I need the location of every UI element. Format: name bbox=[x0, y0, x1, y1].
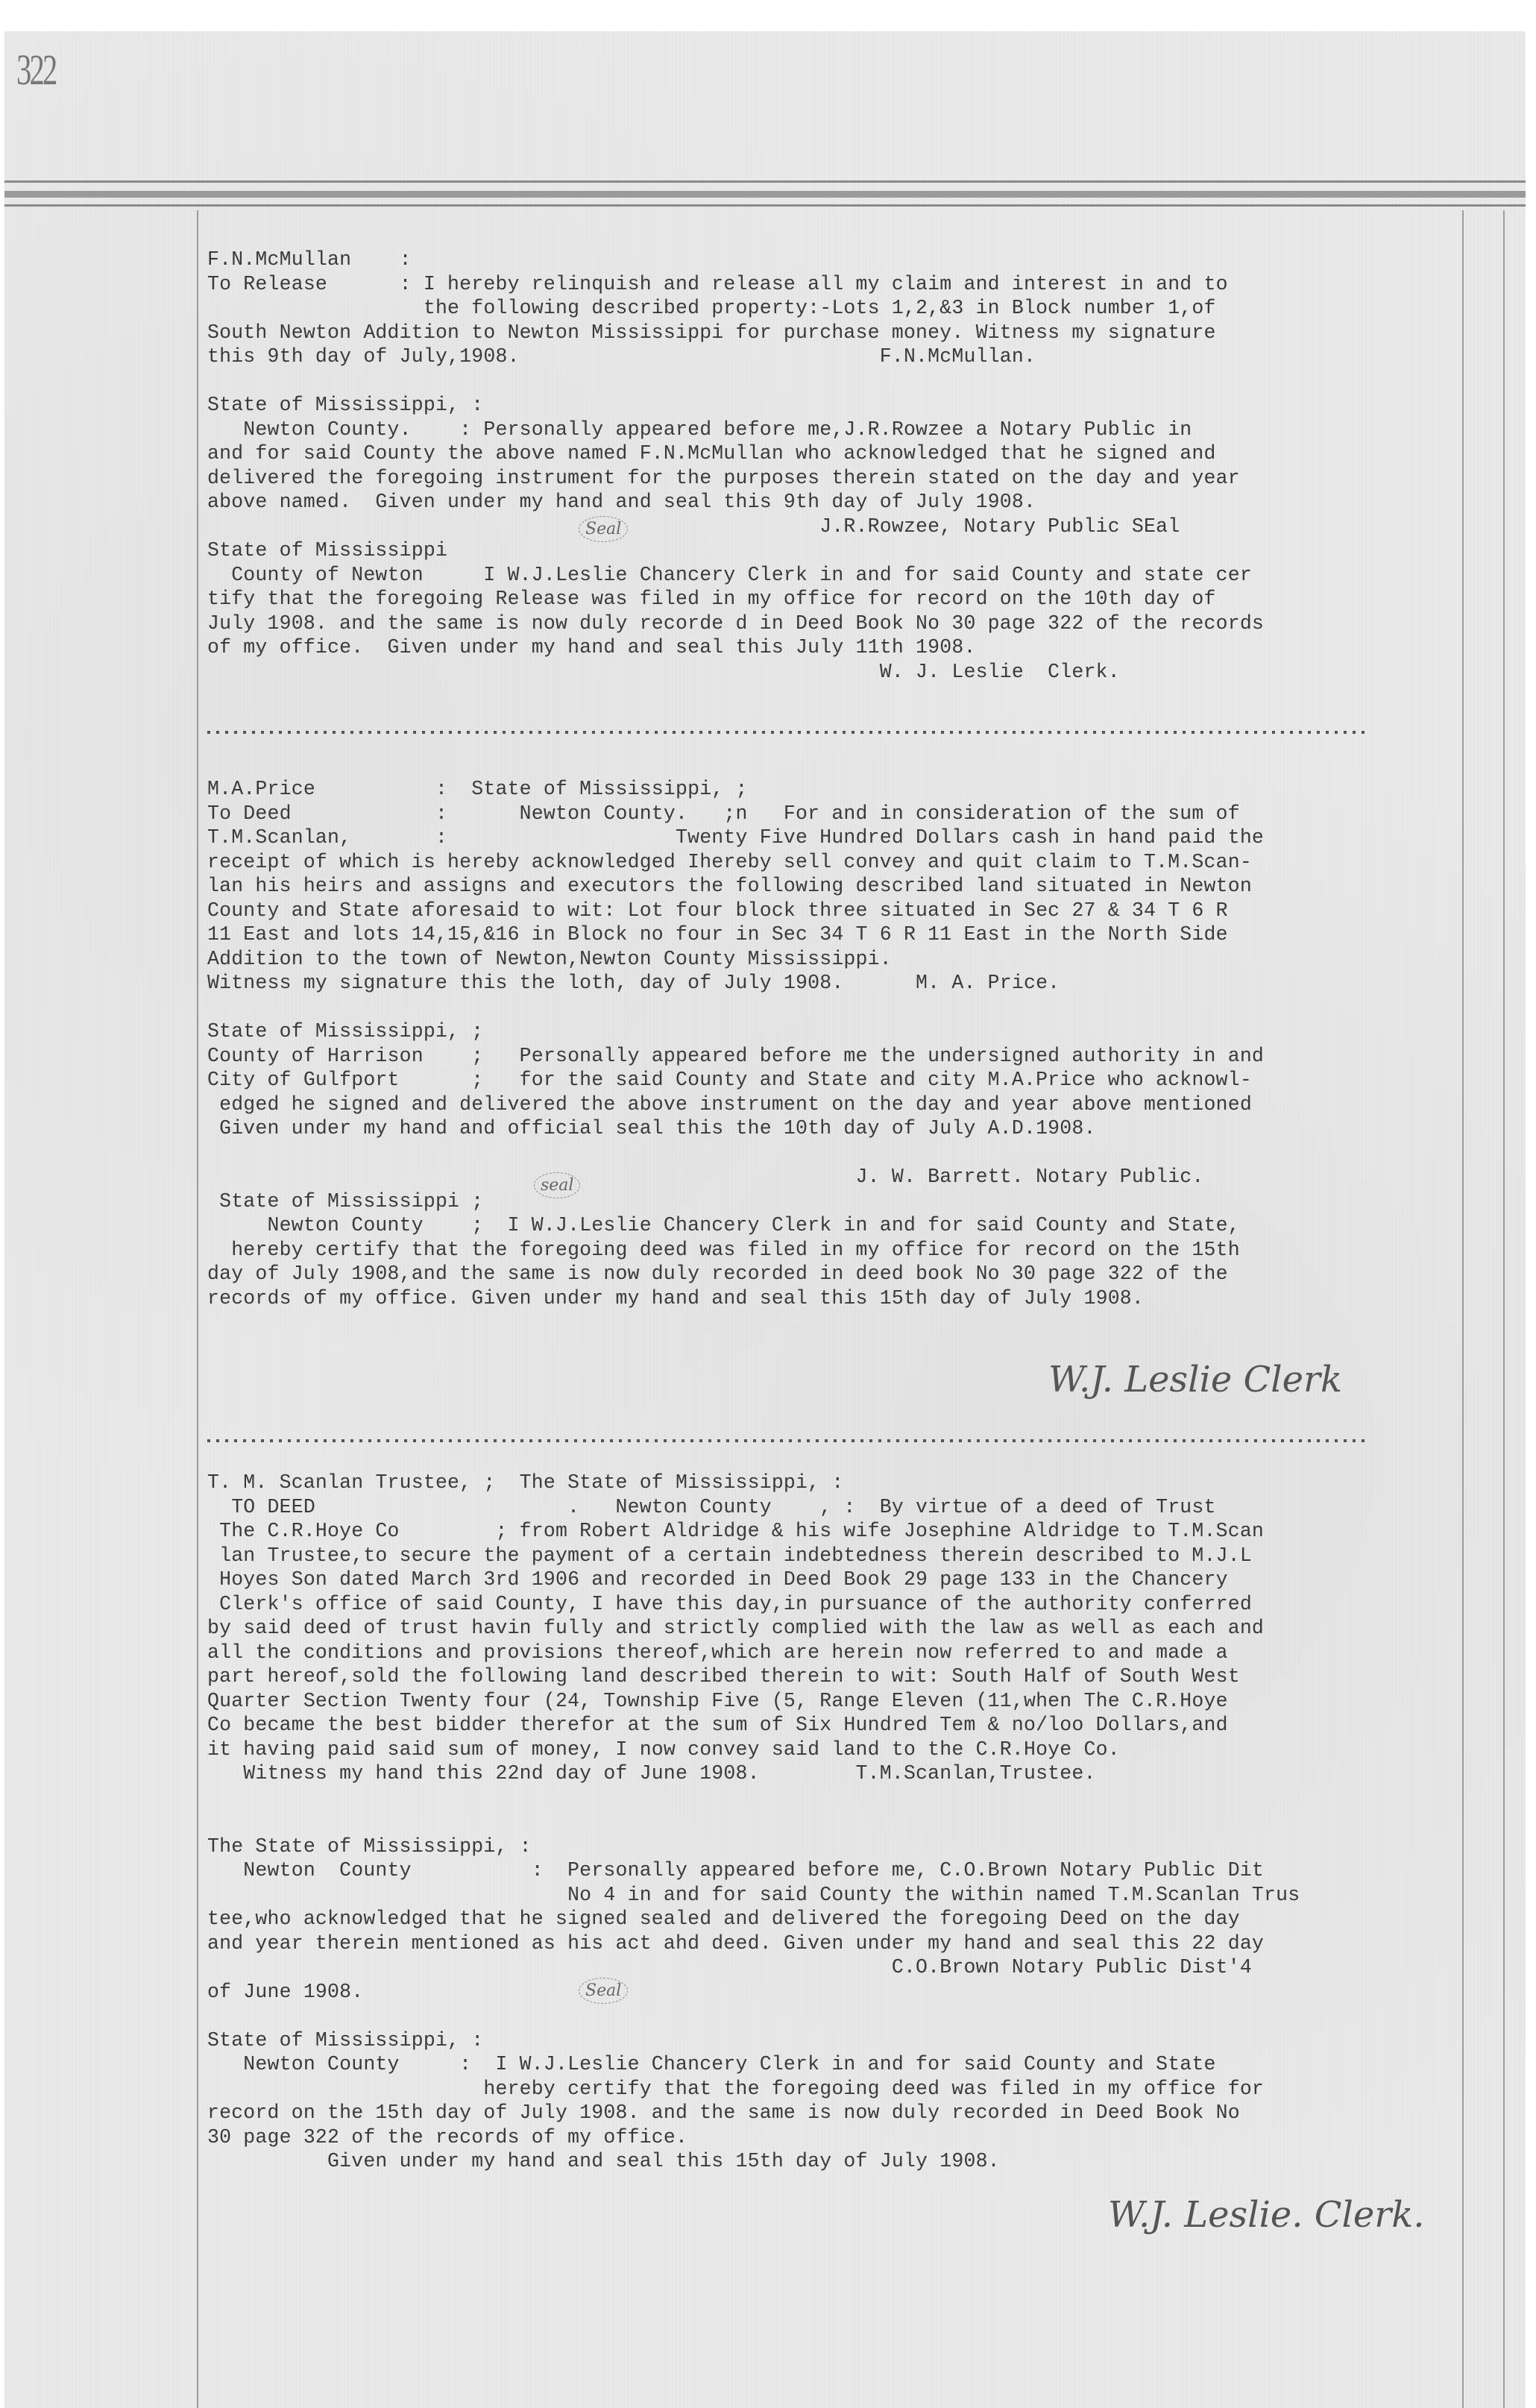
typed-line: lan Trustee,to secure the payment of a c… bbox=[207, 1544, 1300, 1568]
typed-line: by said deed of trust havin fully and st… bbox=[207, 1616, 1300, 1641]
typed-line: this 9th day of July,1908. F.N.McMullan. bbox=[207, 345, 1264, 369]
typed-line: delivered the foregoing instrument for t… bbox=[207, 466, 1264, 491]
typed-line: South Newton Addition to Newton Mississi… bbox=[207, 321, 1264, 345]
typed-line: Given under my hand and seal this 15th d… bbox=[207, 2149, 1300, 2174]
typed-line: Clerk's office of said County, I have th… bbox=[207, 1592, 1300, 1617]
notary-seal-mark: seal bbox=[534, 1172, 580, 1198]
typed-line: records of my office. Given under my han… bbox=[207, 1286, 1264, 1311]
page-number: 322 bbox=[16, 45, 56, 95]
typed-line bbox=[207, 1786, 1300, 1811]
typed-line: State of Mississippi ; bbox=[207, 1189, 1264, 1214]
clerk-signature: W.J. Leslie Clerk bbox=[1048, 1359, 1342, 1401]
typed-line: tee,who acknowledged that he signed seal… bbox=[207, 1907, 1300, 1931]
typed-line bbox=[207, 369, 1264, 394]
typed-line bbox=[207, 996, 1264, 1020]
clerk-signature: W.J. Leslie. Clerk. bbox=[1108, 2194, 1425, 2236]
typed-line: hereby certify that the foregoing deed w… bbox=[207, 1238, 1264, 1263]
typed-line: State of Mississippi, : bbox=[207, 393, 1264, 418]
entry-separator bbox=[207, 731, 1370, 734]
typed-line: Co became the best bidder therefor at th… bbox=[207, 1713, 1300, 1738]
header-rule-thin-lower bbox=[4, 204, 1526, 207]
typed-line: The State of Mississippi, : bbox=[207, 1835, 1300, 1859]
typed-line: W. J. Leslie Clerk. bbox=[207, 660, 1264, 685]
typed-line bbox=[207, 1810, 1300, 1835]
entry-release-mcmullan: F.N.McMullan :To Release : I hereby reli… bbox=[207, 248, 1264, 684]
typed-line: of June 1908. bbox=[207, 1980, 1300, 2005]
left-margin-line bbox=[197, 210, 198, 2408]
typed-line: J.R.Rowzee, Notary Public SEal bbox=[207, 515, 1264, 539]
typed-line: Witness my hand this 22nd day of June 19… bbox=[207, 1761, 1300, 1786]
typed-line: County and State aforesaid to wit: Lot f… bbox=[207, 899, 1264, 923]
typed-line: County of Newton I W.J.Leslie Chancery C… bbox=[207, 563, 1264, 588]
typed-line: part hereof,sold the following land desc… bbox=[207, 1664, 1300, 1689]
typed-line: Hoyes Son dated March 3rd 1906 and recor… bbox=[207, 1568, 1300, 1592]
typed-line: J. W. Barrett. Notary Public. bbox=[207, 1165, 1264, 1189]
notary-seal-mark: Seal bbox=[579, 1978, 628, 2004]
typed-line: edged he signed and delivered the above … bbox=[207, 1093, 1264, 1117]
right-margin-line-outer bbox=[1503, 210, 1505, 2408]
typed-line: day of July 1908,and the same is now dul… bbox=[207, 1262, 1264, 1286]
typed-line: 30 page 322 of the records of my office. bbox=[207, 2125, 1300, 2150]
typed-line: and year therein mentioned as his act ah… bbox=[207, 1931, 1300, 1956]
typed-line bbox=[207, 2004, 1300, 2028]
typed-line: tify that the foregoing Release was file… bbox=[207, 587, 1264, 612]
typed-line: of my office. Given under my hand and se… bbox=[207, 635, 1264, 660]
typed-line: July 1908. and the same is now duly reco… bbox=[207, 612, 1264, 636]
notary-seal-mark: Seal bbox=[579, 516, 628, 542]
typed-line: To Deed : Newton County. ;n For and in c… bbox=[207, 802, 1264, 826]
entry-trustee-deed-hoye: T. M. Scanlan Trustee, ; The State of Mi… bbox=[207, 1471, 1300, 2174]
typed-line: T.M.Scanlan, : Twenty Five Hundred Dolla… bbox=[207, 826, 1264, 850]
typed-line: 11 East and lots 14,15,&16 in Block no f… bbox=[207, 922, 1264, 947]
typed-line: Quarter Section Twenty four (24, Townshi… bbox=[207, 1689, 1300, 1714]
entry-deed-price-scanlan: M.A.Price : State of Mississippi, ;To De… bbox=[207, 777, 1264, 1310]
typed-line: above named. Given under my hand and sea… bbox=[207, 490, 1264, 515]
typed-line: Newton County : Personally appeared befo… bbox=[207, 1858, 1300, 1883]
typed-line: Newton County ; I W.J.Leslie Chancery Cl… bbox=[207, 1213, 1264, 1238]
typed-line: Witness my signature this the loth, day … bbox=[207, 971, 1264, 996]
typed-line: the following described property:-Lots 1… bbox=[207, 296, 1264, 321]
deed-record-page: 322 F.N.McMullan :To Release : I hereby … bbox=[4, 31, 1526, 2408]
typed-line: The C.R.Hoye Co ; from Robert Aldridge &… bbox=[207, 1519, 1300, 1544]
typed-line: M.A.Price : State of Mississippi, ; bbox=[207, 777, 1264, 802]
typed-line: State of Mississippi, ; bbox=[207, 1019, 1264, 1044]
typed-line: Newton County. : Personally appeared bef… bbox=[207, 418, 1264, 442]
typed-line: C.O.Brown Notary Public Dist'4 bbox=[207, 1955, 1300, 1980]
typed-line: T. M. Scanlan Trustee, ; The State of Mi… bbox=[207, 1471, 1300, 1495]
typed-line: City of Gulfport ; for the said County a… bbox=[207, 1068, 1264, 1093]
typed-line: State of Mississippi, : bbox=[207, 2028, 1300, 2053]
typed-line bbox=[207, 1141, 1264, 1166]
typed-line: County of Harrison ; Personally appeared… bbox=[207, 1044, 1264, 1069]
header-rule-thick bbox=[4, 191, 1526, 198]
typed-line: record on the 15th day of July 1908. and… bbox=[207, 2101, 1300, 2125]
entry-separator bbox=[207, 1439, 1370, 1442]
typed-line: lan his heirs and assigns and executors … bbox=[207, 874, 1264, 899]
typed-line: Newton County : I W.J.Leslie Chancery Cl… bbox=[207, 2052, 1300, 2077]
typed-line: Addition to the town of Newton,Newton Co… bbox=[207, 947, 1264, 972]
typed-line: No 4 in and for said County the within n… bbox=[207, 1883, 1300, 1908]
typed-line: receipt of which is hereby acknowledged … bbox=[207, 850, 1264, 875]
typed-line: To Release : I hereby relinquish and rel… bbox=[207, 272, 1264, 297]
typed-line: all the conditions and provisions thereo… bbox=[207, 1641, 1300, 1665]
typed-line: it having paid said sum of money, I now … bbox=[207, 1738, 1300, 1762]
typed-line: and for said County the above named F.N.… bbox=[207, 441, 1264, 466]
typed-line: TO DEED . Newton County , : By virtue of… bbox=[207, 1495, 1300, 1520]
right-margin-line bbox=[1462, 210, 1464, 2408]
header-rule-thin bbox=[4, 180, 1526, 183]
typed-line: hereby certify that the foregoing deed w… bbox=[207, 2077, 1300, 2102]
typed-line: State of Mississippi bbox=[207, 538, 1264, 563]
typed-line: Given under my hand and official seal th… bbox=[207, 1116, 1264, 1141]
typed-line: F.N.McMullan : bbox=[207, 248, 1264, 272]
